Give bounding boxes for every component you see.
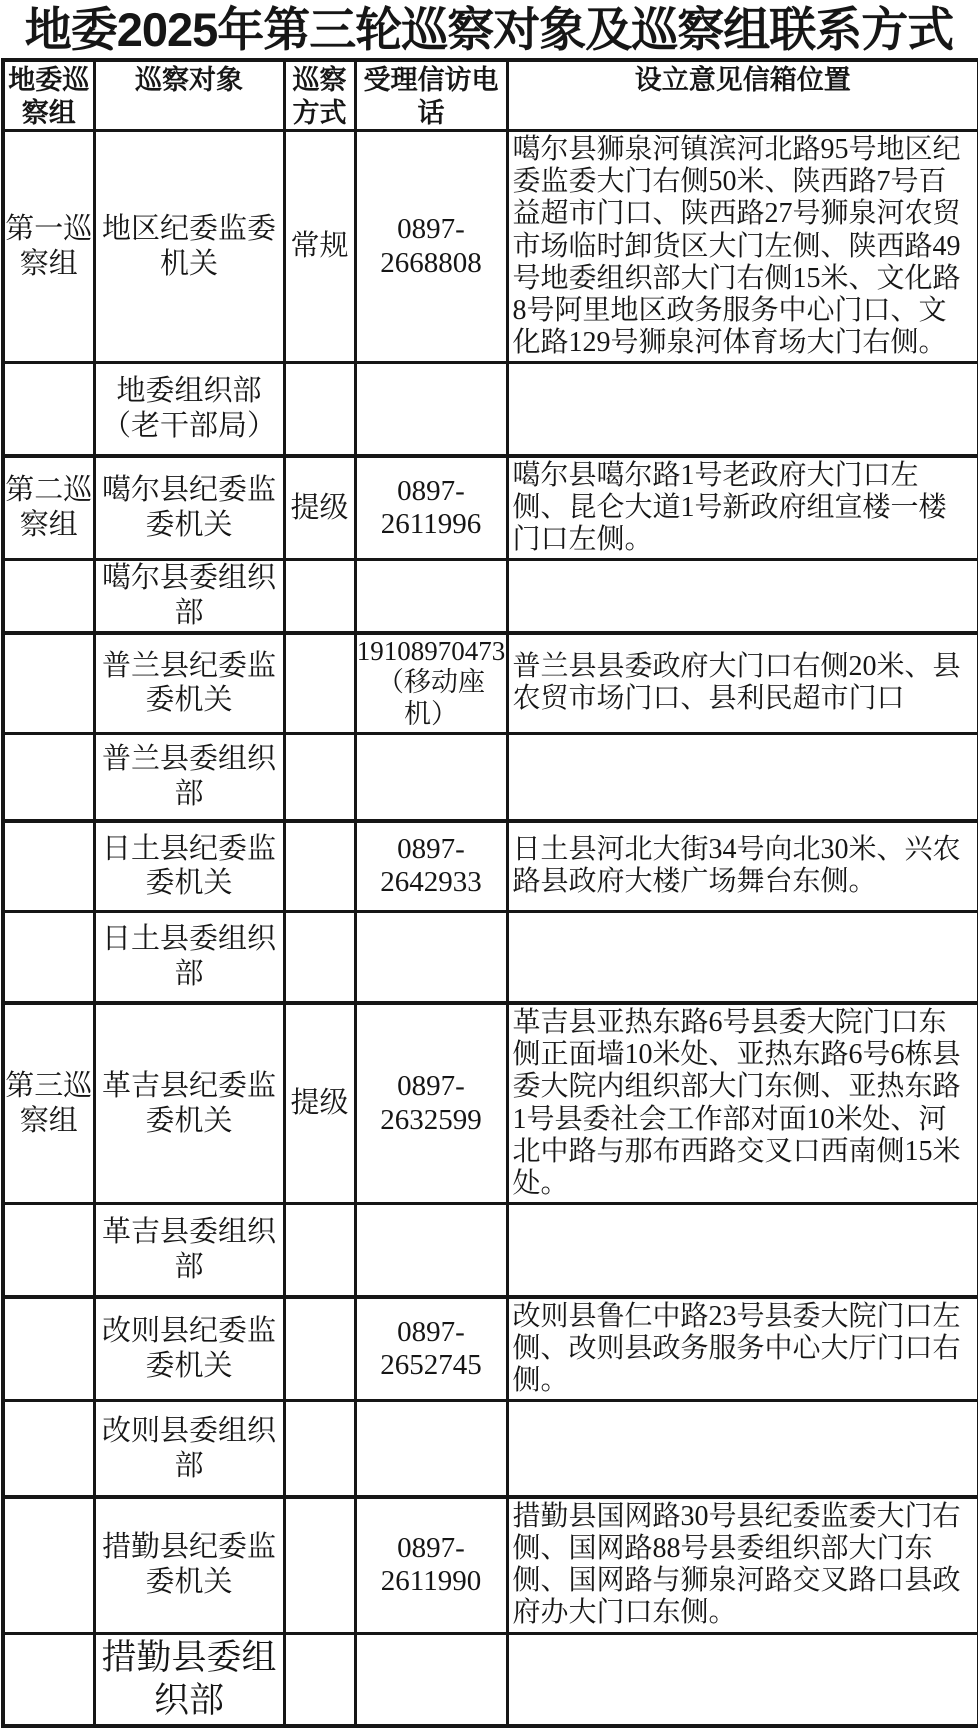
cell-phone — [355, 911, 507, 1003]
cell-phone: 0897- 2611996 — [355, 456, 507, 560]
cell-target: 改则县委组织 部 — [94, 1401, 284, 1497]
cell-mailbox — [507, 363, 978, 456]
table-row: 日土县纪委监 委机关 0897- 2642933 日土县河北大街34号向北30米… — [3, 821, 978, 911]
cell-mailbox: 噶尔县狮泉河镇滨河北路95号地区纪委监委大门右侧50米、陕西路7号百益超市门口、… — [507, 131, 978, 363]
cell-target: 措勤县纪委监 委机关 — [94, 1497, 284, 1633]
header-inspection-group: 地委巡察组 — [3, 60, 94, 130]
cell-mailbox: 改则县鲁仁中路23号县委大院门口左侧、改则县政务服务中心大厅门口右侧。 — [507, 1297, 978, 1401]
cell-mode: 提级 — [284, 1003, 355, 1204]
cell-group — [3, 1204, 94, 1297]
table-row: 第二巡 察组 噶尔县纪委监 委机关 提级 0897- 2611996 噶尔县噶尔… — [3, 456, 978, 560]
cell-target: 日土县委组织 部 — [94, 911, 284, 1003]
cell-group — [3, 821, 94, 911]
cell-group — [3, 733, 94, 821]
cell-phone: 19108970473 （移动座 机） — [355, 633, 507, 733]
cell-phone: 0897- 2611990 — [355, 1497, 507, 1633]
cell-phone — [355, 733, 507, 821]
cell-target: 措勤县委组 织部 — [94, 1633, 284, 1726]
cell-phone — [355, 1633, 507, 1726]
cell-mode — [284, 821, 355, 911]
header-row: 地委巡察组 巡察对象 巡察方式 受理信访电话 设立意见信箱位置 — [3, 60, 978, 130]
cell-phone: 0897- 2642933 — [355, 821, 507, 911]
table-row: 革吉县委组织 部 — [3, 1204, 978, 1297]
cell-group — [3, 633, 94, 733]
cell-mailbox: 措勤县国网路30号县纪委监委大门右侧、国网路88号县委组织部大门东侧、国网路与狮… — [507, 1497, 978, 1633]
page-title: 地委2025年第三轮巡察对象及巡察组联系方式 — [0, 0, 978, 58]
cell-mode — [284, 1633, 355, 1726]
cell-mode: 提级 — [284, 456, 355, 560]
cell-target: 日土县纪委监 委机关 — [94, 821, 284, 911]
cell-mode — [284, 1297, 355, 1401]
cell-mailbox — [507, 560, 978, 633]
table-row: 第三巡 察组 革吉县纪委监 委机关 提级 0897- 2632599 革吉县亚热… — [3, 1003, 978, 1204]
table-row: 日土县委组织 部 — [3, 911, 978, 1003]
header-mailbox-location: 设立意见信箱位置 — [507, 60, 978, 130]
cell-target: 噶尔县委组织 部 — [94, 560, 284, 633]
cell-mode — [284, 1204, 355, 1297]
cell-mailbox — [507, 1633, 978, 1726]
cell-group — [3, 911, 94, 1003]
cell-phone: 0897- 2652745 — [355, 1297, 507, 1401]
cell-phone — [355, 1204, 507, 1297]
document-page: 地委2025年第三轮巡察对象及巡察组联系方式 地委巡察组 巡察对象 巡察方式 受… — [0, 0, 978, 1728]
table-row: 措勤县委组 织部 — [3, 1633, 978, 1726]
cell-target: 地区纪委监委 机关 — [94, 131, 284, 363]
cell-mode: 常规 — [284, 131, 355, 363]
cell-target: 改则县纪委监 委机关 — [94, 1297, 284, 1401]
cell-mailbox — [507, 1204, 978, 1297]
cell-mailbox: 普兰县县委政府大门口右侧20米、县农贸市场门口、县利民超市门口 — [507, 633, 978, 733]
table-row: 普兰县委组织 部 — [3, 733, 978, 821]
cell-target: 普兰县委组织 部 — [94, 733, 284, 821]
cell-phone: 0897- 2632599 — [355, 1003, 507, 1204]
cell-target: 地委组织部 （老干部局） — [94, 363, 284, 456]
table-row: 改则县委组织 部 — [3, 1401, 978, 1497]
inspection-contacts-table: 地委巡察组 巡察对象 巡察方式 受理信访电话 设立意见信箱位置 第一巡 察组 地… — [1, 58, 978, 1728]
table-row: 改则县纪委监 委机关 0897- 2652745 改则县鲁仁中路23号县委大院门… — [3, 1297, 978, 1401]
cell-target: 普兰县纪委监 委机关 — [94, 633, 284, 733]
cell-mailbox: 日土县河北大街34号向北30米、兴农路县政府大楼广场舞台东侧。 — [507, 821, 978, 911]
cell-mailbox — [507, 733, 978, 821]
cell-mode — [284, 733, 355, 821]
cell-mode — [284, 1401, 355, 1497]
cell-group: 第一巡 察组 — [3, 131, 94, 363]
cell-mode — [284, 363, 355, 456]
cell-mode — [284, 633, 355, 733]
cell-mailbox — [507, 911, 978, 1003]
cell-mailbox: 革吉县亚热东路6号县委大院门口东侧正面墙10米处、亚热东路6号6栋县委大院内组织… — [507, 1003, 978, 1204]
cell-group — [3, 1297, 94, 1401]
header-petition-phone: 受理信访电话 — [355, 60, 507, 130]
table-row: 普兰县纪委监 委机关 19108970473 （移动座 机） 普兰县县委政府大门… — [3, 633, 978, 733]
header-inspection-target: 巡察对象 — [94, 60, 284, 130]
cell-group — [3, 1633, 94, 1726]
cell-phone — [355, 560, 507, 633]
table-row: 地委组织部 （老干部局） — [3, 363, 978, 456]
cell-phone — [355, 363, 507, 456]
cell-phone: 0897- 2668808 — [355, 131, 507, 363]
cell-mode — [284, 911, 355, 1003]
cell-mailbox — [507, 1401, 978, 1497]
cell-group — [3, 363, 94, 456]
cell-group: 第二巡 察组 — [3, 456, 94, 560]
cell-target: 革吉县委组织 部 — [94, 1204, 284, 1297]
cell-group — [3, 1401, 94, 1497]
cell-group — [3, 560, 94, 633]
cell-group: 第三巡 察组 — [3, 1003, 94, 1204]
cell-mode — [284, 560, 355, 633]
cell-mailbox: 噶尔县噶尔路1号老政府大门口左侧、昆仑大道1号新政府组宣楼一楼门口左侧。 — [507, 456, 978, 560]
cell-mode — [284, 1497, 355, 1633]
cell-group — [3, 1497, 94, 1633]
table-row: 第一巡 察组 地区纪委监委 机关 常规 0897- 2668808 噶尔县狮泉河… — [3, 131, 978, 363]
cell-target: 革吉县纪委监 委机关 — [94, 1003, 284, 1204]
table-row: 噶尔县委组织 部 — [3, 560, 978, 633]
table-row: 措勤县纪委监 委机关 0897- 2611990 措勤县国网路30号县纪委监委大… — [3, 1497, 978, 1633]
header-inspection-mode: 巡察方式 — [284, 60, 355, 130]
cell-phone — [355, 1401, 507, 1497]
cell-target: 噶尔县纪委监 委机关 — [94, 456, 284, 560]
